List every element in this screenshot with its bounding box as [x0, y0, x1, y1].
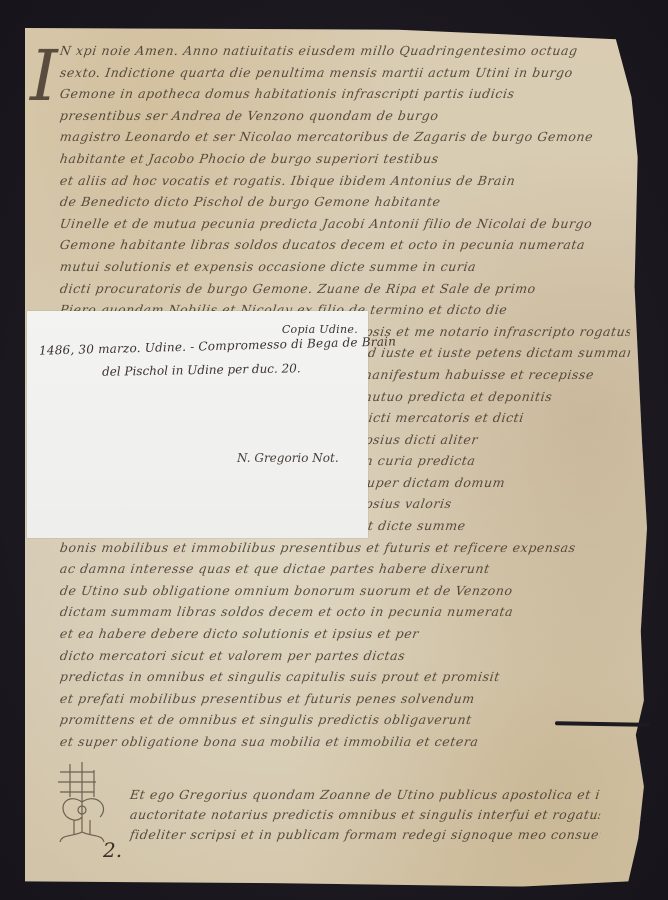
manuscript-line: dicti procuratoris de burgo Gemone. Zuan… [58, 278, 631, 300]
manuscript-line: Gemone habitante libras soldos ducatos d… [58, 234, 631, 256]
manuscript-line: et ea habere debere dicto solutionis et … [58, 623, 631, 645]
label-description-line-2: del Pischol in Udine per duc. 20. [102, 361, 301, 378]
manuscript-line: de Benedicto dicto Pischol de burgo Gemo… [58, 191, 631, 213]
manuscript-line: dictam summam libras soldos decem et oct… [58, 601, 631, 623]
manuscript-line: presentibus ser Andrea de Venzono quonda… [58, 105, 631, 127]
manuscript-line: et prefati mobilibus presentibus et futu… [58, 688, 631, 710]
manuscript-line: Gemone in apotheca domus habitationis in… [58, 83, 631, 105]
manuscript-line: de Utino sub obligatione omnium bonorum … [58, 580, 631, 602]
manuscript-line: bonis mobilibus et immobilibus presentib… [58, 537, 631, 559]
manuscript-line: promittens et de omnibus et singulis pre… [58, 709, 631, 731]
manuscript-line: N xpi noie Amen. Anno natiuitatis eiusde… [58, 40, 631, 62]
manuscript-line: dicto mercatori sicut et valorem per par… [58, 645, 631, 667]
label-signature: N. Gregorio Not. [237, 451, 339, 465]
manuscript-line: mutui solutionis et expensis occasione d… [58, 256, 631, 278]
archival-label-card: Copia Udine. 1486, 30 marzo. Udine. - Co… [27, 311, 368, 538]
manuscript-line: predictas in omnibus et singulis capitul… [58, 666, 631, 688]
manuscript-line: et super obligatione bona sua mobilia et… [58, 731, 631, 753]
folio-number: 2. [103, 838, 122, 862]
label-description-line-1: 1486, 30 marzo. Udine. - Compromesso di … [39, 334, 396, 357]
manuscript-line: habitante et Jacobo Phocio de burgo supe… [58, 148, 631, 170]
manuscript-line: magistro Leonardo et ser Nicolao mercato… [58, 126, 631, 148]
manuscript-line: sexto. Indictione quarta die penultima m… [58, 62, 631, 84]
manuscript-line: ac damna interesse quas et que dictae pa… [58, 558, 631, 580]
subscription-line: auctoritate notarius predictis omnibus e… [129, 805, 602, 825]
notary-subscription: Et ego Gregorius quondam Zoanne de Utino… [130, 785, 600, 845]
subscription-line: fideliter scripsi et in publicam formam … [129, 825, 602, 845]
subscription-line: Et ego Gregorius quondam Zoanne de Utino… [129, 785, 602, 805]
manuscript-line: et aliis ad hoc vocatis et rogatis. Ibiq… [58, 170, 631, 192]
label-location-note: Copia Udine. [282, 323, 358, 336]
decorated-initial: I [30, 36, 60, 126]
manuscript-line: Uinelle et de mutua pecunia predicta Jac… [58, 213, 631, 235]
